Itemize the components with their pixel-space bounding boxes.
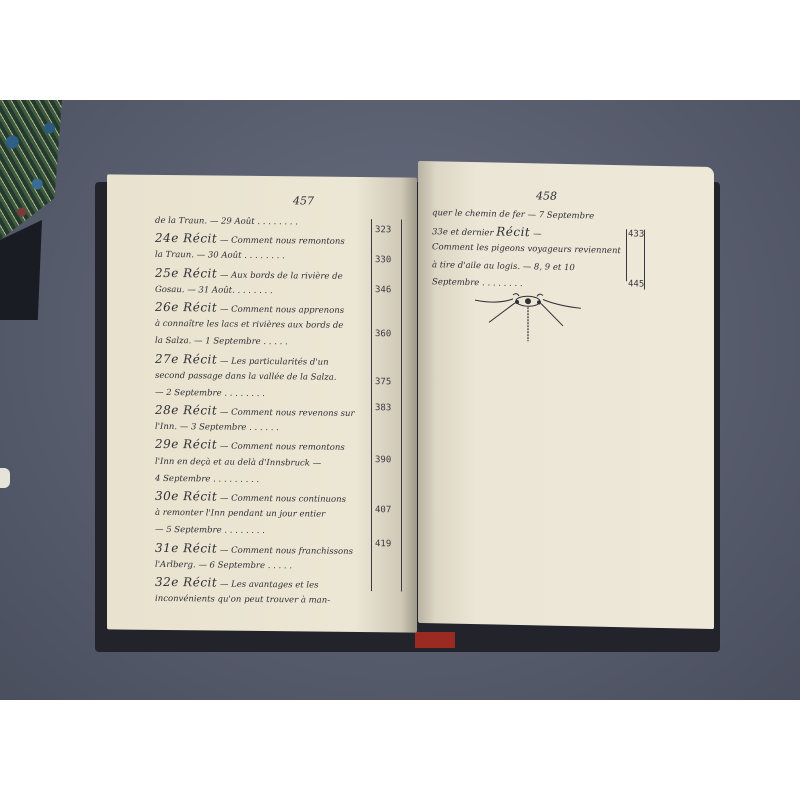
toc-line-text: — Comment nous revenons sur xyxy=(217,408,354,419)
toc-line-text: — Comment nous remontons xyxy=(217,442,345,453)
toc-line: 26e Récit — Comment nous apprenons xyxy=(155,299,370,318)
toc-line: — 5 Septembre . . . . . . . . xyxy=(155,522,370,541)
toc-line: 29e Récit — Comment nous remontons xyxy=(155,436,370,455)
page-reference: 407 xyxy=(375,505,391,515)
column-rule xyxy=(371,219,372,591)
toc-line-text: de la Traun. — 29 Août . . . . . . . . xyxy=(155,216,298,227)
red-spine-edge xyxy=(415,632,455,648)
toc-line-text: la Salza. — 1 Septembre . . . . . xyxy=(155,336,288,347)
toc-line-text: — xyxy=(530,229,541,239)
page-reference: 346 xyxy=(375,285,391,295)
toc-line: 4 Septembre . . . . . . . . . xyxy=(155,471,370,490)
photo-scene: 457 de la Traun. — 29 Août . . . . . . .… xyxy=(0,100,800,700)
toc-line-text: l'Arlberg. — 6 Septembre . . . . . xyxy=(155,560,292,571)
toc-line: — 2 Septembre . . . . . . . . xyxy=(155,385,370,404)
toc-line-text: — Aux bords de la rivière de xyxy=(217,270,342,281)
column-rule xyxy=(626,229,627,281)
right-page: 458 quer le chemin de fer — 7 Septembre3… xyxy=(418,161,714,629)
recit-heading: 30e Récit xyxy=(155,489,217,504)
toc-line-text: — Les particularités d'un xyxy=(217,356,328,367)
recit-heading: 26e Récit xyxy=(155,300,217,315)
toc-line: la Traun. — 30 Août . . . . . . . . xyxy=(155,247,370,266)
toc-line-text: l'Inn. — 3 Septembre . . . . . . xyxy=(155,422,279,433)
toc-line-text: à remonter l'Inn pendant un jour entier xyxy=(155,508,325,520)
toc-line: 27e Récit — Les particularités d'un xyxy=(155,350,370,369)
toc-line-text: — Les avantages et les xyxy=(217,579,318,590)
toc-line: l'Inn en deçà et au delà d'Innsbruck — xyxy=(155,454,370,473)
toc-line: 28e Récit — Comment nous revenons sur xyxy=(155,402,370,421)
left-page: 457 de la Traun. — 29 Août . . . . . . .… xyxy=(107,174,417,632)
toc-line-text: l'Inn en deçà et au delà d'Innsbruck — xyxy=(155,457,321,469)
toc-line: inconvénients qu'on peut trouver à man- xyxy=(155,591,370,610)
toc-line-text: Septembre . . . . . . . . xyxy=(432,277,523,289)
page-reference: 390 xyxy=(375,455,391,465)
page-reference: 383 xyxy=(375,403,391,413)
toc-line-text: — Comment nous continuons xyxy=(217,494,346,505)
recit-heading: 28e Récit xyxy=(155,403,217,418)
recit-heading: Récit xyxy=(496,225,530,240)
toc-line-text: Comment les pigeons voyageurs reviennent xyxy=(432,243,621,257)
toc-line-text: à tire d'aile au logis. — 8, 9 et 10 xyxy=(432,260,575,273)
toc-line-text: quer le chemin de fer — 7 Septembre xyxy=(432,208,594,221)
white-object-edge xyxy=(0,468,10,488)
toc-line: Gosau. — 31 Août. . . . . . . . xyxy=(155,282,370,301)
toc-line: 31e Récit — Comment nous franchissons xyxy=(155,539,370,558)
page-number: 457 xyxy=(293,194,314,207)
ornament-flourish-icon xyxy=(473,292,583,364)
toc-line-text: la Traun. — 30 Août . . . . . . . . xyxy=(155,250,285,261)
toc-entries: quer le chemin de fer — 7 Septembre33e e… xyxy=(432,205,627,295)
page-reference: 419 xyxy=(375,539,391,549)
toc-line: 24e Récit — Comment nous remontons xyxy=(155,230,370,249)
toc-line-text: — Comment nous remontons xyxy=(217,236,345,247)
recit-heading: 25e Récit xyxy=(155,265,217,280)
marbled-book-cover xyxy=(0,100,62,240)
recit-prefix: 33e et dernier xyxy=(432,227,496,238)
toc-line-text: — 2 Septembre . . . . . . . . xyxy=(155,388,265,399)
page-reference: 445 xyxy=(628,279,644,289)
toc-line: Septembre . . . . . . . . xyxy=(432,274,627,295)
toc-line-text: inconvénients qu'on peut trouver à man- xyxy=(155,594,330,606)
page-reference: 360 xyxy=(375,329,391,339)
toc-line-text: second passage dans la vallée de la Salz… xyxy=(155,371,336,383)
page-number: 458 xyxy=(536,189,557,202)
toc-line: à remonter l'Inn pendant un jour entier xyxy=(155,505,370,524)
toc-line: l'Arlberg. — 6 Septembre . . . . . xyxy=(155,557,370,576)
toc-line-text: à connaître les lacs et rivières aux bor… xyxy=(155,319,343,331)
page-reference: 433 xyxy=(628,229,644,239)
toc-line: 32e Récit — Les avantages et les xyxy=(155,574,370,593)
toc-line: second passage dans la vallée de la Salz… xyxy=(155,368,370,387)
recit-heading: 24e Récit xyxy=(155,231,217,246)
open-book: 457 de la Traun. — 29 Août . . . . . . .… xyxy=(95,172,725,652)
column-rule xyxy=(401,219,402,591)
toc-line: 30e Récit — Comment nous continuons xyxy=(155,488,370,507)
toc-line-text: 4 Septembre . . . . . . . . . xyxy=(155,474,259,485)
page-reference: 330 xyxy=(375,255,391,265)
recit-heading: 32e Récit xyxy=(155,575,217,590)
toc-line-text: — Comment nous apprenons xyxy=(217,304,344,315)
toc-line: la Salza. — 1 Septembre . . . . . xyxy=(155,333,370,352)
page-reference: 375 xyxy=(375,377,391,387)
toc-line: de la Traun. — 29 Août . . . . . . . . xyxy=(155,213,370,232)
toc-line: à connaître les lacs et rivières aux bor… xyxy=(155,316,370,335)
toc-line: l'Inn. — 3 Septembre . . . . . . xyxy=(155,419,370,438)
toc-line: 25e Récit — Aux bords de la rivière de xyxy=(155,264,370,283)
recit-heading: 27e Récit xyxy=(155,351,217,366)
toc-line-text: — 5 Septembre . . . . . . . . xyxy=(155,525,265,536)
page-reference: 323 xyxy=(375,225,391,235)
recit-heading: 29e Récit xyxy=(155,437,217,452)
toc-entries: de la Traun. — 29 Août . . . . . . . .24… xyxy=(155,213,370,611)
toc-line-text: Gosau. — 31 Août. . . . . . . . xyxy=(155,285,273,296)
toc-line-text: — Comment nous franchissons xyxy=(217,545,353,556)
recit-heading: 31e Récit xyxy=(155,540,217,555)
